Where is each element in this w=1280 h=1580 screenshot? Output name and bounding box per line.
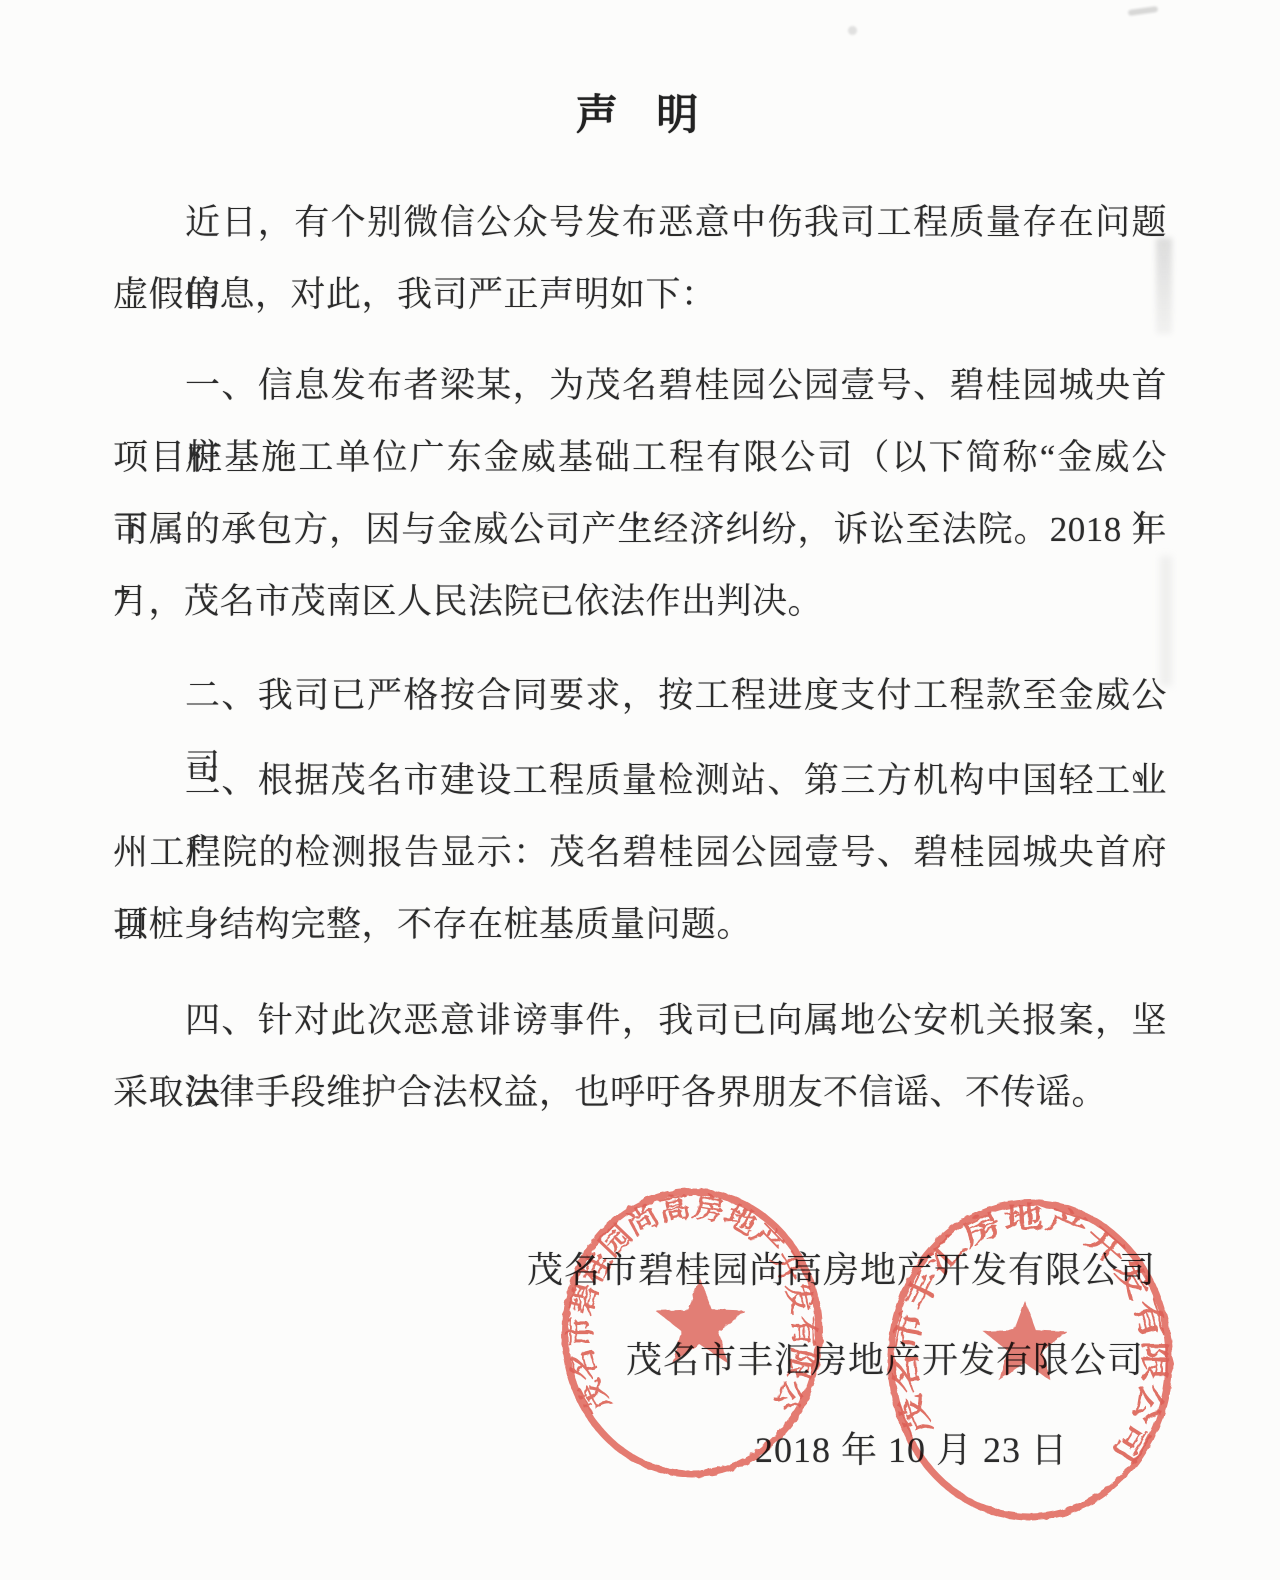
paragraph-item-3: 三、根据茂名市建设工程质量检测站、第三方机构中国轻工业广 州工程院的检测报告显示… [113,745,1167,961]
body-line: 采取法律手段维护合法权益，也呼吁各界朋友不信谣、不传谣。 [113,1057,1167,1129]
body-line: 近日，有个别微信公众号发布恶意中伤我司工程质量存在问题的 [113,187,1167,259]
signature-company-2: 茂名市丰汇房地产开发有限公司 [113,1315,1156,1405]
page-title: 声 明 [0,0,1280,141]
paragraph-item-2: 二、我司已严格按合同要求，按工程进度支付工程款至金威公司。 [113,660,1167,732]
body-line: 二、我司已严格按合同要求，按工程进度支付工程款至金威公司。 [113,660,1167,732]
signature-block: 茂名市碧桂园尚高房地产开发有限公司 茂名市丰汇房地产开发有限公司 2018 年 … [113,1225,1156,1495]
paragraph-intro: 近日，有个别微信公众号发布恶意中伤我司工程质量存在问题的 虚假信息，对此，我司严… [113,187,1167,331]
body-line: 下属的承包方，因与金威公司产生经济纠纷，诉讼至法院。2018 年 7 [113,494,1167,566]
document-body: 近日，有个别微信公众号发布恶意中伤我司工程质量存在问题的 虚假信息，对此，我司严… [113,187,1167,1129]
body-line: 月，茂名市茂南区人民法院已依法作出判决。 [113,566,1167,638]
body-line: 项目桩基施工单位广东金威基础工程有限公司（以下简称“金威公司”） [113,422,1167,494]
body-line: 虚假信息，对此，我司严正声明如下： [113,259,1167,331]
body-line: 州工程院的检测报告显示：茂名碧桂园公园壹号、碧桂园城央首府项 [113,817,1167,889]
signature-company-1: 茂名市碧桂园尚高房地产开发有限公司 [113,1225,1156,1315]
paragraph-item-1: 一、信息发布者梁某，为茂名碧桂园公园壹号、碧桂园城央首府 项目桩基施工单位广东金… [113,350,1167,638]
body-line: 四、针对此次恶意诽谤事件，我司已向属地公安机关报案，坚决 [113,985,1167,1057]
body-line: 目桩身结构完整，不存在桩基质量问题。 [113,889,1167,961]
body-line: 一、信息发布者梁某，为茂名碧桂园公园壹号、碧桂园城央首府 [113,350,1167,422]
signature-date: 2018 年 10 月 23 日 [113,1405,1156,1495]
statement-document: 声 明 近日，有个别微信公众号发布恶意中伤我司工程质量存在问题的 虚假信息，对此… [0,0,1280,1580]
body-line: 三、根据茂名市建设工程质量检测站、第三方机构中国轻工业广 [113,745,1167,817]
paragraph-item-4: 四、针对此次恶意诽谤事件，我司已向属地公安机关报案，坚决 采取法律手段维护合法权… [113,985,1167,1129]
